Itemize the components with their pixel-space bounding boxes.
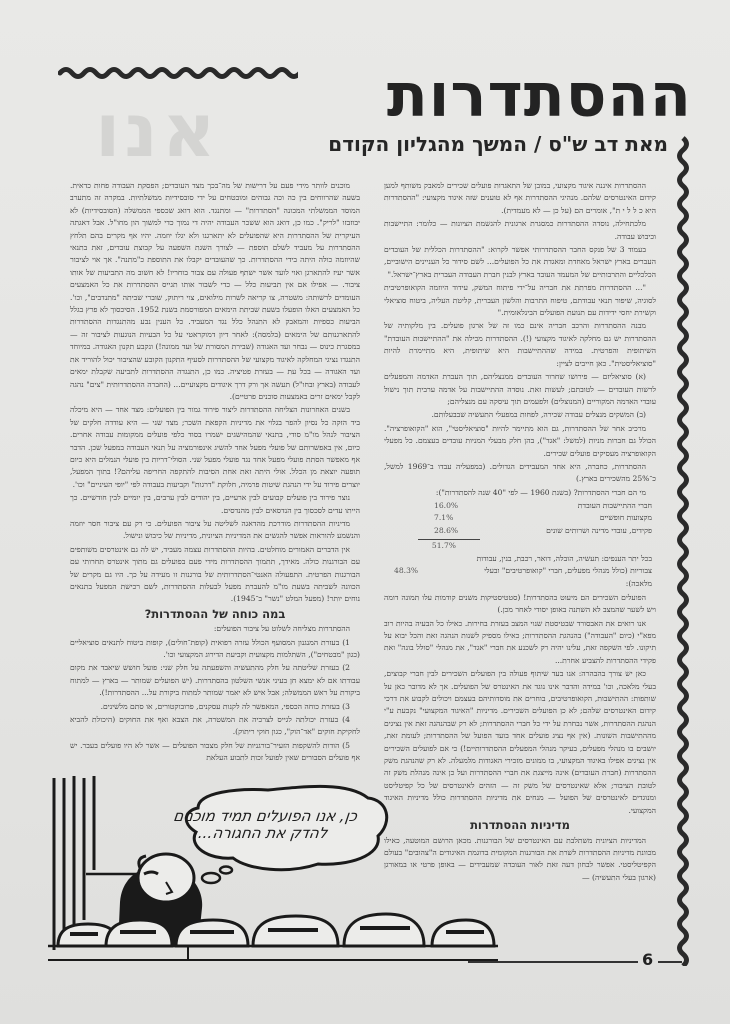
paragraph: הפועלים השכירים הם מיעוט בהסתדרות! (סטטי… — [384, 592, 656, 617]
paragraph: מבנה ההסתדרות והרכב חבריה אינם כמו זה של… — [384, 320, 656, 370]
paragraph: בעמוד 3 של פנקס החבר ההסתדרותי אפשר לקרו… — [384, 244, 656, 281]
stats-value: 28.6% — [430, 525, 498, 537]
paragraph: (ב) המשקים מנצלים עבודה שכירה, לפחות במפ… — [384, 409, 656, 421]
page-number: 6 — [642, 950, 653, 969]
paragraph: 1) בעזרת המנגנון המסועף הכולל עזרה רפואי… — [70, 637, 360, 662]
stats-total: 51.7% — [384, 540, 456, 552]
headline: ההסתדרות — [387, 68, 692, 124]
stats-row: חברי ההתיישבות העובדת16.0% — [430, 500, 656, 512]
workers-value: 48.3% — [390, 553, 458, 590]
paragraph: ההסתדרות איננה איגוד מקצועי, במובן של הת… — [384, 180, 656, 217]
paragraph-group-1: ההסתדרות איננה איגוד מקצועי, במובן של הת… — [384, 180, 656, 499]
paragraph: אנו רואים את האבסורד שבטיסטת שנוי המצב ב… — [384, 618, 656, 668]
paragraph: ההסתדרות מצליחה לשלוט על ציבור הפועלים: — [70, 623, 360, 635]
paragraph: 2) בעזרת שליטתה על חלק מהתעשיה והשפעתה ע… — [70, 662, 360, 699]
stats-label: מקצועות חופשיים — [498, 512, 656, 524]
stats-value: 16.0% — [430, 500, 498, 512]
headline-block: ההסתדרות — [292, 66, 692, 130]
paragraph: "... ההסתדרות מפרתת את חבריה על־ידי פיתו… — [384, 282, 656, 319]
footer-rule — [468, 961, 638, 963]
bleed-through-text: אנו — [95, 88, 220, 174]
paragraph: אין הדברים האמורים מוחלטים. בהיות ההסתדר… — [70, 544, 360, 606]
stats-row: פקידים, עובדי מדינה ושרותים שונים28.6% — [430, 525, 656, 537]
byline: מאת דב ש"ס / המשך מהגליון הקודם — [328, 132, 668, 156]
paragraph: מרכיב אחר של ההסתדרות, גם הוא מתיימר להי… — [384, 423, 656, 460]
magazine-page: אנו ההסתדרות מאת דב ש"ס / המשך מהגליון ה… — [0, 0, 730, 1024]
decorative-wavy-rule-right — [676, 136, 690, 966]
paragraph: 4) בעזרת יכולתה לגייס לצרכיה את המשטרה, … — [70, 714, 360, 739]
footer-rule-end — [658, 961, 682, 963]
paragraph: מדיניות ההסתדרות מודרכת מהדאגה לשליטה על… — [70, 518, 360, 543]
paragraph: 3) בעזרת כוחה הכספי, המאפשר לה לקנות עסק… — [70, 701, 360, 713]
paragraph: (א) סוציאליזם — פירושו שחרור העובדים ממנ… — [384, 371, 656, 408]
workers-stats-table: בכל יתר הענפים: תעשיה, הובלה, דואר, רכבת… — [390, 553, 656, 590]
paragraph: מלכתחילה, נוסדה ההסתדרות כמסגרת ארגונית … — [384, 218, 656, 243]
stats-label: חברי ההתיישבות העובדת — [498, 500, 656, 512]
stats-value: 7.1% — [430, 512, 498, 524]
cartoon-illustration — [48, 770, 498, 975]
decorative-wavy-rule-top — [58, 66, 298, 80]
stats-row: מקצועות חופשיים7.1% — [430, 512, 656, 524]
paragraph: מוכנים לוותר מידי פעם על דרישות של מה־בכ… — [70, 180, 360, 403]
paragraph: 5) הודות להשקפות הזעיר־בורגניות של חלק מ… — [70, 740, 360, 765]
stats-label: פקידים, עובדי מדינה ושרותים שונים — [498, 525, 656, 537]
paragraph-group-2: ההסתדרות מצליחה לשלוט על ציבור הפועלים:1… — [70, 623, 360, 764]
paragraph-group-1: מוכנים לוותר מידי פעם על דרישות של מה־בכ… — [70, 180, 360, 606]
workers-label: בכל יתר הענפים: תעשיה, הובלה, דואר, רכבת… — [458, 553, 656, 590]
paragraph: מי הם חברי ההסתדרות? (בשנת 1960 — לפי "4… — [384, 487, 656, 499]
paragraph: ההסתדרות, כחברה, היא אחד המעבידים הגדולי… — [384, 461, 656, 486]
paragraph: נוצר פירוד בין פועלים קבועים לבין ארעיים… — [70, 492, 360, 517]
paragraph: בשנים האחרונות הצליחה ההסתדרות ליצור פיר… — [70, 404, 360, 491]
article-column-left: מוכנים לוותר מידי פעם על דרישות של מה־בכ… — [70, 180, 360, 766]
section-heading-power: במה כוחה של ההסתדרות? — [70, 608, 360, 620]
membership-stats-table: חברי ההתיישבות העובדת16.0%מקצועות חופשיי… — [430, 500, 656, 537]
speech-bubble-text: כן, אנו הפועלים תמיד מוכנים להדק את החגו… — [162, 808, 367, 842]
